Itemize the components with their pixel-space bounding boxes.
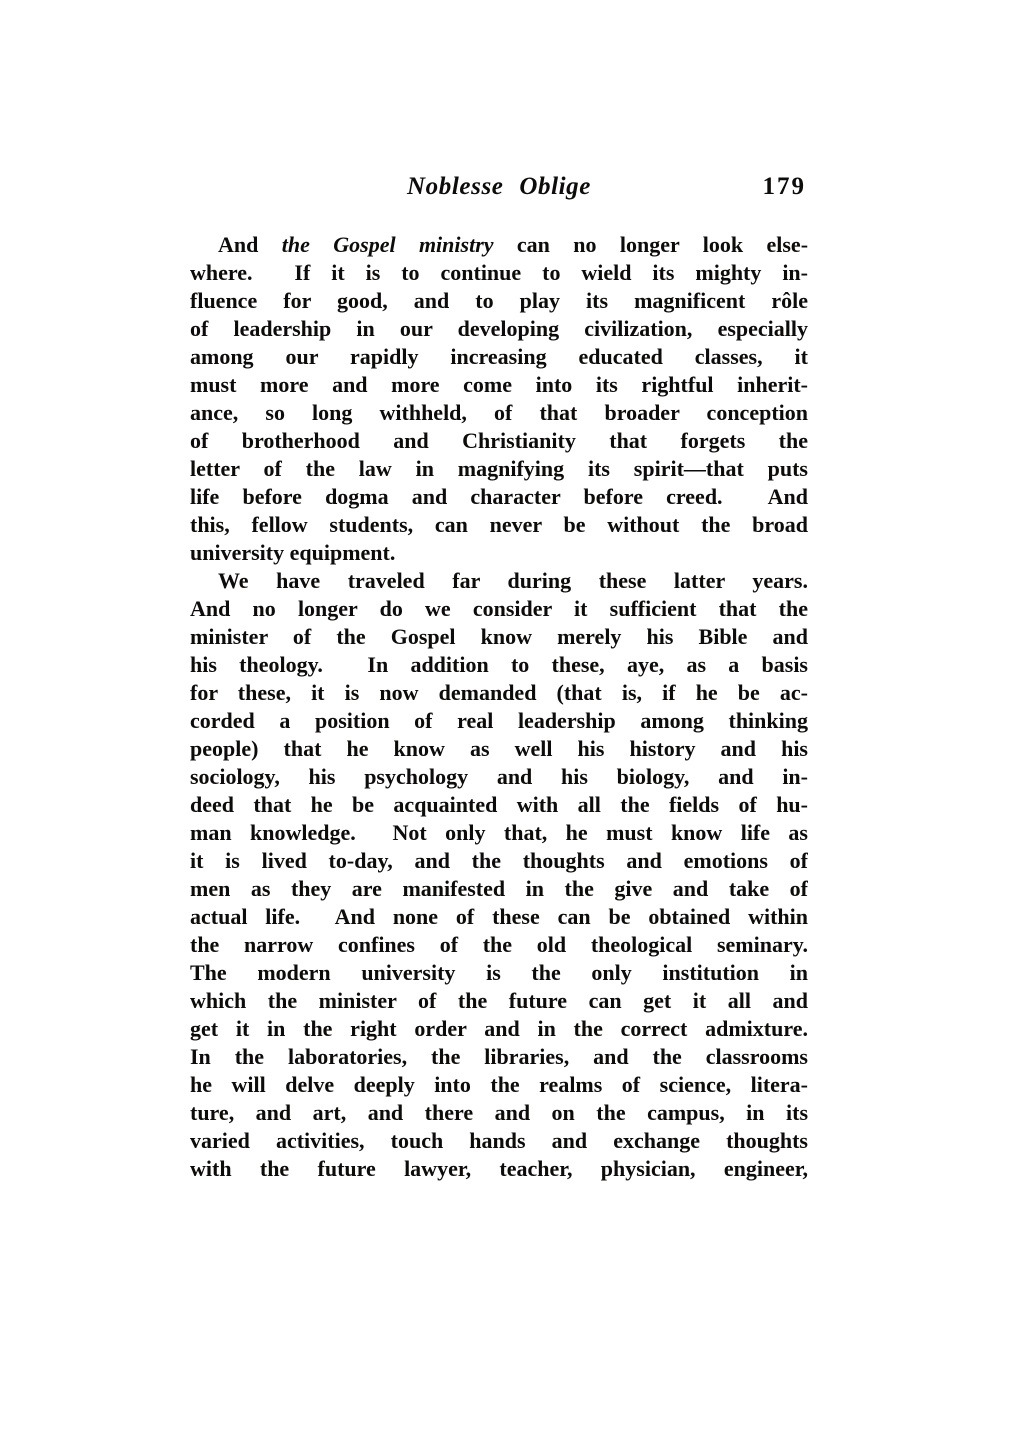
text-line: ture, and art, and there and on the camp… bbox=[190, 1099, 808, 1127]
text-segment: with the future lawyer, teacher, physici… bbox=[190, 1156, 808, 1181]
text-segment: man knowledge. Not only that, he must kn… bbox=[190, 820, 808, 845]
text-line: letter of the law in magnifying its spir… bbox=[190, 455, 808, 483]
paragraph-2: We have traveled far during these latter… bbox=[190, 567, 808, 1183]
text-line: The modern university is the only instit… bbox=[190, 959, 808, 987]
text-line: this, fellow students, can never be with… bbox=[190, 511, 808, 539]
text-line: men as they are manifested in the give a… bbox=[190, 875, 808, 903]
text-segment: must more and more come into its rightfu… bbox=[190, 372, 808, 397]
text-segment: sociology, his psychology and his biolog… bbox=[190, 764, 808, 789]
text-line: And the Gospel ministry can no longer lo… bbox=[190, 231, 808, 259]
text-segment: which the minister of the future can get… bbox=[190, 988, 808, 1013]
text-segment: In the laboratories, the libraries, and … bbox=[190, 1044, 808, 1069]
text-line: for these, it is now demanded (that is, … bbox=[190, 679, 808, 707]
text-segment: letter of the law in magnifying its spir… bbox=[190, 456, 808, 481]
text-segment: deed that he be acquainted with all the … bbox=[190, 792, 808, 817]
text-line: get it in the right order and in the cor… bbox=[190, 1015, 808, 1043]
text-segment: where. If it is to continue to wield its… bbox=[190, 260, 808, 285]
text-segment: And no longer do we consider it sufficie… bbox=[190, 596, 808, 621]
text-segment: can no longer look else- bbox=[494, 232, 808, 257]
text-line: minister of the Gospel know merely his B… bbox=[190, 623, 808, 651]
text-line: university equipment. bbox=[190, 539, 808, 567]
text-block: And the Gospel ministry can no longer lo… bbox=[190, 231, 808, 1183]
text-segment: for these, it is now demanded (that is, … bbox=[190, 680, 808, 705]
text-line: We have traveled far during these latter… bbox=[190, 567, 808, 595]
text-segment: The modern university is the only instit… bbox=[190, 960, 808, 985]
italic-phrase: the Gospel ministry bbox=[282, 232, 494, 257]
text-line: man knowledge. Not only that, he must kn… bbox=[190, 819, 808, 847]
text-line: deed that he be acquainted with all the … bbox=[190, 791, 808, 819]
text-segment: university equipment. bbox=[190, 540, 395, 565]
text-segment: And bbox=[218, 232, 282, 257]
text-line: his theology. In addition to these, aye,… bbox=[190, 651, 808, 679]
text-line: And no longer do we consider it sufficie… bbox=[190, 595, 808, 623]
text-segment: men as they are manifested in the give a… bbox=[190, 876, 808, 901]
text-segment: among our rapidly increasing educated cl… bbox=[190, 344, 808, 369]
page-number: 179 bbox=[763, 173, 807, 201]
text-line: the narrow confines of the old theologic… bbox=[190, 931, 808, 959]
page-header: Noblesse Oblige 179 bbox=[190, 173, 808, 207]
text-line: ance, so long withheld, of that broader … bbox=[190, 399, 808, 427]
text-segment: the narrow confines of the old theologic… bbox=[190, 932, 808, 957]
text-segment: of brotherhood and Christianity that for… bbox=[190, 428, 808, 453]
text-segment: life before dogma and character before c… bbox=[190, 484, 808, 509]
text-segment: We have traveled far during these latter… bbox=[218, 568, 808, 593]
text-segment: he will delve deeply into the realms of … bbox=[190, 1072, 808, 1097]
text-segment: people) that he know as well his history… bbox=[190, 736, 808, 761]
text-segment: minister of the Gospel know merely his B… bbox=[190, 624, 808, 649]
text-line: actual life. And none of these can be ob… bbox=[190, 903, 808, 931]
text-line: life before dogma and character before c… bbox=[190, 483, 808, 511]
text-line: sociology, his psychology and his biolog… bbox=[190, 763, 808, 791]
text-segment: of leadership in our developing civiliza… bbox=[190, 316, 808, 341]
text-line: people) that he know as well his history… bbox=[190, 735, 808, 763]
text-segment: varied activities, touch hands and excha… bbox=[190, 1128, 808, 1153]
text-line: with the future lawyer, teacher, physici… bbox=[190, 1155, 808, 1183]
text-segment: actual life. And none of these can be ob… bbox=[190, 904, 808, 929]
text-segment: ance, so long withheld, of that broader … bbox=[190, 400, 808, 425]
text-line: of brotherhood and Christianity that for… bbox=[190, 427, 808, 455]
text-line: must more and more come into its rightfu… bbox=[190, 371, 808, 399]
book-page: Noblesse Oblige 179 And the Gospel minis… bbox=[0, 0, 1010, 1454]
running-title: Noblesse Oblige bbox=[190, 173, 808, 201]
text-line: of leadership in our developing civiliza… bbox=[190, 315, 808, 343]
text-segment: his theology. In addition to these, aye,… bbox=[190, 652, 808, 677]
text-segment: this, fellow students, can never be with… bbox=[190, 512, 808, 537]
text-segment: ture, and art, and there and on the camp… bbox=[190, 1100, 808, 1125]
paragraph-1: And the Gospel ministry can no longer lo… bbox=[190, 231, 808, 567]
text-line: fluence for good, and to play its magnif… bbox=[190, 287, 808, 315]
text-line: he will delve deeply into the realms of … bbox=[190, 1071, 808, 1099]
text-segment: corded a position of real leadership amo… bbox=[190, 708, 808, 733]
text-line: among our rapidly increasing educated cl… bbox=[190, 343, 808, 371]
text-line: where. If it is to continue to wield its… bbox=[190, 259, 808, 287]
text-line: it is lived to-day, and the thoughts and… bbox=[190, 847, 808, 875]
text-segment: get it in the right order and in the cor… bbox=[190, 1016, 808, 1041]
text-line: In the laboratories, the libraries, and … bbox=[190, 1043, 808, 1071]
text-segment: fluence for good, and to play its magnif… bbox=[190, 288, 808, 313]
text-line: corded a position of real leadership amo… bbox=[190, 707, 808, 735]
text-line: varied activities, touch hands and excha… bbox=[190, 1127, 808, 1155]
text-line: which the minister of the future can get… bbox=[190, 987, 808, 1015]
text-segment: it is lived to-day, and the thoughts and… bbox=[190, 848, 808, 873]
